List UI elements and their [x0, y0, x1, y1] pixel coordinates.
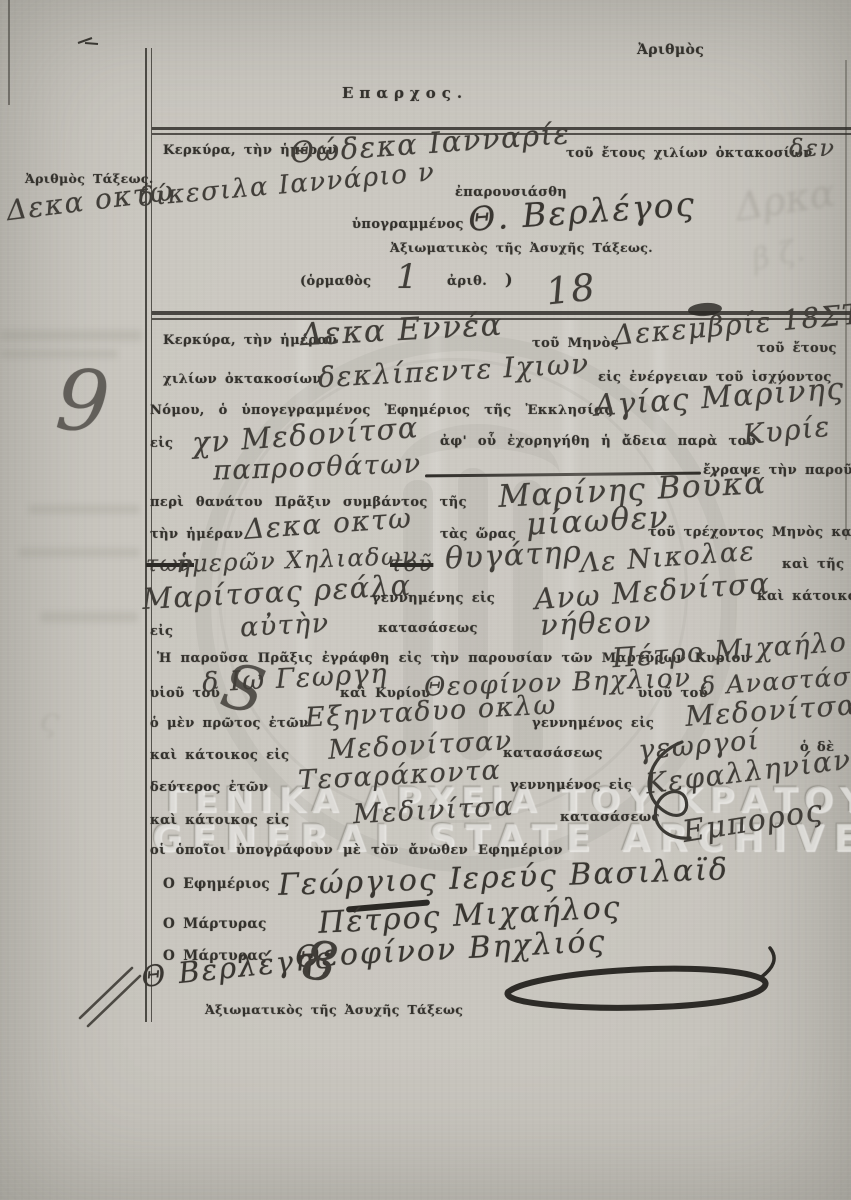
act-year-label1: τοῦ ἔτους [757, 341, 837, 356]
permission-giver2-handwritten: παπροσθάτων [213, 448, 423, 486]
arith-label: ἀριθ. [447, 274, 487, 289]
page-number-label: Ἀριθμὸς [637, 42, 704, 58]
at-label: εἰς [150, 436, 173, 451]
pencil-numeral: 9 [53, 350, 113, 451]
presentation-day-cont-handwritten: δίκεσιλα Ιαννάριο ν [137, 157, 436, 213]
resident-label2: καὶ κάτοικος εἰς [150, 813, 289, 828]
at-label2: εἰς [150, 624, 173, 639]
and-of-label: καὶ τῆς [782, 557, 844, 572]
death-day-label: τὴν ἡμέραν [150, 527, 243, 542]
second-age-label: δεύτερος ἐτῶν [150, 780, 268, 795]
pen-flourish-curl [630, 736, 700, 846]
born-label: γεννημένης εἰς [372, 591, 495, 606]
presentation-year-label: τοῦ ἔτους χιλίων ὀκτακοσίων [566, 146, 813, 161]
page-edge-line [8, 0, 10, 105]
status-label1: κατασάσεως [503, 746, 603, 761]
act-year-label2: χιλίων ὀκτακοσίων [163, 372, 322, 387]
signature-oval-flourish [488, 940, 788, 1020]
residence-handwritten: αὐτὴν [239, 608, 330, 644]
bundle-open-label: (ὁρμαθὸς [300, 274, 371, 289]
ink-bleedthrough: β ζ. [749, 233, 808, 278]
bundle-number-handwritten: 1 [396, 257, 419, 297]
paren-close: ) [505, 270, 513, 289]
officer-title-bottom: Ἀξιωματικὸς τῆς Ἀσυχῆς Τάξεως [205, 1002, 463, 1017]
daughter-handwritten: θυγάτηρ [444, 534, 583, 576]
pen-flourish-knot: 8 [298, 927, 343, 995]
act-year-handwritten: δεκλίπεντε Ιχιων [317, 347, 590, 394]
first-age-label: ὁ μὲν πρῶτος ἐτῶν [150, 716, 308, 731]
ink-bleedthrough: ς [37, 699, 61, 741]
undersigned-label: ὑπογραμμένος [352, 217, 464, 232]
born-label1: γεννημένος εἰς [532, 716, 654, 731]
permission-giver-handwritten: Κυρίε [742, 409, 833, 451]
resident-label1: καὶ κάτοικος εἰς [150, 748, 289, 763]
born-label2: γεννημένος εἰς [510, 778, 632, 793]
resident-label: καὶ κάτοικος [757, 589, 851, 604]
corner-pen-mark [76, 34, 102, 50]
page-title: Επαρχος. [342, 84, 468, 102]
officer-title-top: Ἀξιωματικὸς τῆς Ἀσυχῆς Τάξεως. [390, 240, 653, 255]
witness1-sig-label: Ο Μάρτυρας [163, 916, 267, 932]
act-number-handwritten: 18 [544, 265, 598, 313]
presentation-year-handwritten: δεν [789, 134, 835, 162]
officiant-label: Ο Εφημέριος [163, 876, 270, 892]
status-label: κατασάσεως [378, 621, 478, 636]
death-record-scan: ΓΕΝΙΚΑ ΑΡΧΕΙΑ ΤΟΥ ΚΡΑΤΟΥΣ GENERAL STATE … [0, 0, 851, 1200]
sign-with-label: οἱ ὁποῖοι ὑπογράφουν μὲ τὸν ἄνωθεν Εφημέ… [150, 843, 563, 858]
permission-label: ἀφ' οὗ ἐχορηγήθη ἡ ἄδεια παρὰ τοῦ [440, 434, 756, 449]
status-handwritten: νήθεον [539, 604, 652, 642]
ink-bleedthrough: Δρκα [732, 170, 838, 229]
